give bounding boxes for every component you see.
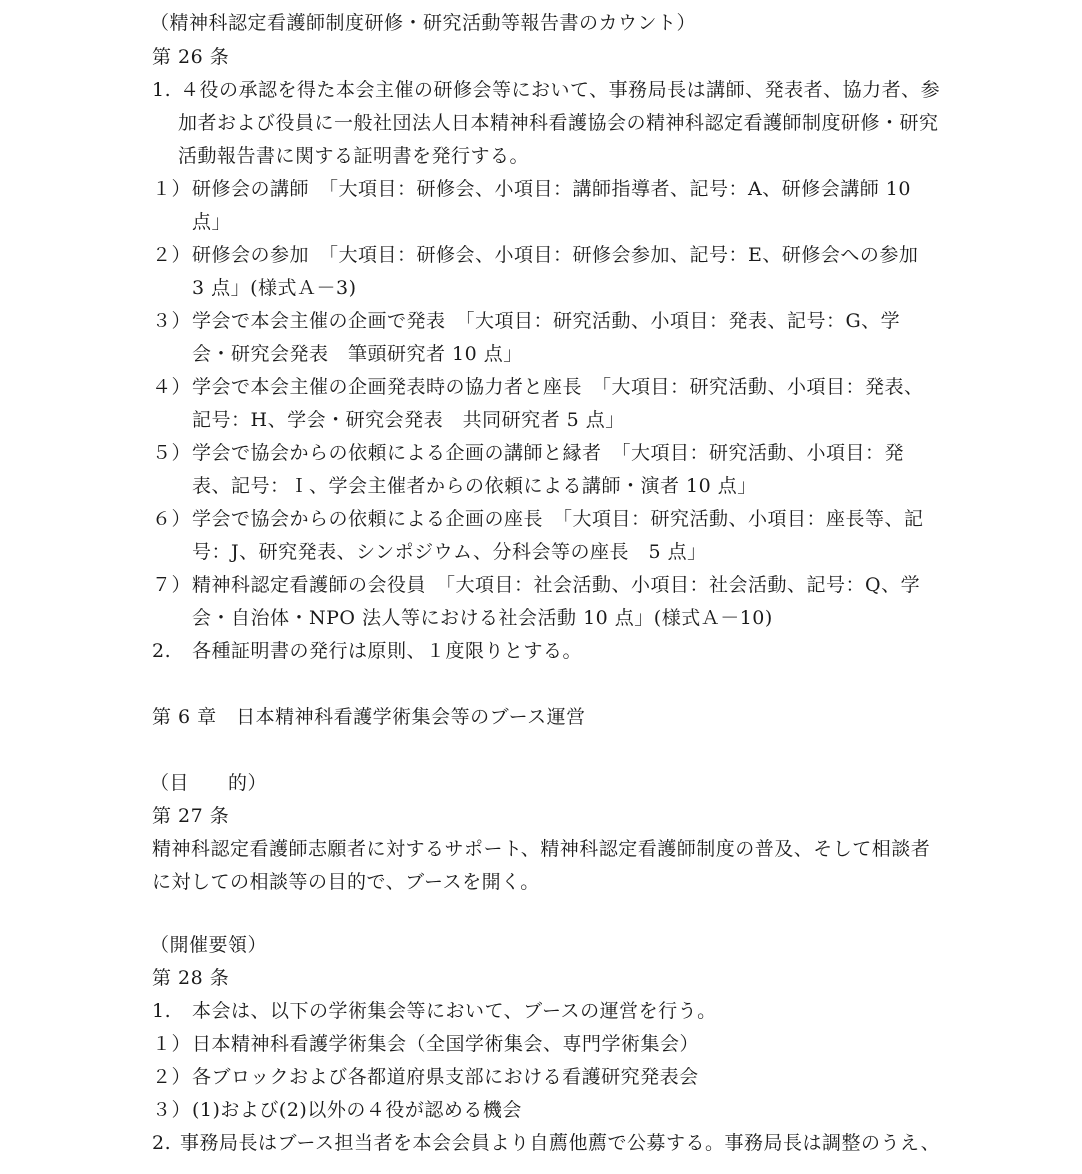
article-26-item-1-cont: 活動報告書に関する証明書を発行する。 (178, 140, 529, 173)
subitem-text: 日本精神科看護学術集会（全国学術集会、専門学術集会） (192, 1033, 699, 1055)
article-28-subitem-1: １）日本精神科看護学術集会（全国学術集会、専門学術集会） (152, 1028, 699, 1061)
article-27-title: 第 27 条 (152, 800, 229, 833)
subitem-number: ６） (152, 503, 192, 536)
subitem-text: 精神科認定看護師の会役員 「大項目：社会活動、小項目：社会活動、記号：Q、学 (192, 574, 920, 596)
chapter-6-title: 第 6 章 日本精神科看護学術集会等のブース運営 (152, 701, 586, 734)
article-26-subitem-4: ４）学会で本会主催の企画発表時の協力者と座長 「大項目：研究活動、小項目：発表、 (152, 371, 924, 404)
subitem-number: ３） (152, 1094, 192, 1127)
article-28-subitem-2: ２）各ブロックおよび各都道府県支部における看護研究発表会 (152, 1061, 699, 1094)
subitem-number: １） (152, 1028, 192, 1061)
article-26-title: 第 26 条 (152, 41, 229, 74)
article-26-subitem-2: ２）研修会の参加 「大項目：研修会、小項目：研修会参加、記号：E、研修会への参加 (152, 239, 918, 272)
article-28-title: 第 28 条 (152, 962, 229, 995)
subitem-text: 学会で協会からの依頼による企画の座長 「大項目：研究活動、小項目：座長等、記 (192, 508, 924, 530)
item-text: 本会は、以下の学術集会等において、ブースの運営を行う。 (192, 1000, 717, 1022)
subitem-number: ２） (152, 239, 192, 272)
subitem-text: (1)および(2)以外の４役が認める機会 (192, 1099, 522, 1121)
article-26-subitem-7-cont: 会・自治体・NPO 法人等における社会活動 10 点」(様式Ａ－10) (192, 602, 773, 635)
article-26-item-2: 2.各種証明書の発行は原則、１度限りとする。 (152, 635, 582, 668)
article-26-subitem-1: １）研修会の講師 「大項目：研修会、小項目：講師指導者、記号：A、研修会講師 1… (152, 173, 911, 206)
item-text: 事務局長はブース担当者を本会会員より自薦他薦で公募する。事務局長は調整のうえ、 (180, 1132, 940, 1154)
article-27-text: 精神科認定看護師志願者に対するサポート、精神科認定看護師制度の普及、そして相談者 (152, 833, 930, 866)
subitem-text: 研修会の参加 「大項目：研修会、小項目：研修会参加、記号：E、研修会への参加 (192, 244, 918, 266)
item-number: 2. (152, 635, 192, 668)
subitem-text: 各ブロックおよび各都道府県支部における看護研究発表会 (192, 1066, 699, 1088)
section-heading-purpose: （目 的） (150, 767, 267, 800)
item-number: 2. (152, 1127, 180, 1160)
subitem-number: ５） (152, 437, 192, 470)
item-text: 各種証明書の発行は原則、１度限りとする。 (192, 640, 582, 662)
article-26-subitem-4-cont: 記号：H、学会・研究会発表 共同研究者 5 点」 (192, 404, 625, 437)
item-text: ４役の承認を得た本会主催の研修会等において、事務局長は講師、発表者、協力者、参 (180, 79, 940, 101)
subitem-text: 学会で協会からの依頼による企画の講師と縁者 「大項目：研究活動、小項目：発 (192, 442, 904, 464)
subitem-number: ２） (152, 1061, 192, 1094)
item-number: 1. (152, 995, 192, 1028)
subitem-number: ４） (152, 371, 192, 404)
section-heading-organize: （開催要領） (150, 929, 267, 962)
article-26-subitem-3: ３）学会で本会主催の企画で発表 「大項目：研究活動、小項目：発表、記号：G、学 (152, 305, 900, 338)
article-28-item-1: 1.本会は、以下の学術集会等において、ブースの運営を行う。 (152, 995, 717, 1028)
subitem-text: 学会で本会主催の企画発表時の協力者と座長 「大項目：研究活動、小項目：発表、 (192, 376, 924, 398)
article-26-subitem-1-cont: 点」 (192, 206, 231, 239)
article-26-subitem-3-cont: 会・研究会発表 筆頭研究者 10 点」 (192, 338, 523, 371)
article-26-subitem-2-cont: 3 点」(様式Ａ－3) (192, 272, 357, 305)
section-heading-counting: （精神科認定看護師制度研修・研究活動等報告書のカウント） (150, 7, 696, 40)
subitem-text: 研修会の講師 「大項目：研修会、小項目：講師指導者、記号：A、研修会講師 10 (192, 178, 911, 200)
document-page: （精神科認定看護師制度研修・研究活動等報告書のカウント） 第 26 条 1.４役… (0, 0, 1082, 1174)
article-26-item-1: 1.４役の承認を得た本会主催の研修会等において、事務局長は講師、発表者、協力者、… (152, 74, 940, 107)
article-26-subitem-5-cont: 表、記号：Ｉ、学会主催者からの依頼による講師・演者 10 点」 (192, 470, 757, 503)
article-26-subitem-7: ７）精神科認定看護師の会役員 「大項目：社会活動、小項目：社会活動、記号：Q、学 (152, 569, 920, 602)
article-27-text-cont: に対しての相談等の目的で、ブースを開く。 (152, 866, 540, 899)
article-26-item-1-cont: 加者および役員に一般社団法人日本精神科看護協会の精神科認定看護師制度研修・研究 (178, 107, 939, 140)
article-26-subitem-6-cont: 号：J、研究発表、シンポジウム、分科会等の座長 5 点」 (192, 536, 707, 569)
article-28-subitem-3: ３）(1)および(2)以外の４役が認める機会 (152, 1094, 522, 1127)
article-28-item-2: 2.事務局長はブース担当者を本会会員より自薦他薦で公募する。事務局長は調整のうえ… (152, 1127, 940, 1160)
article-26-subitem-5: ５）学会で協会からの依頼による企画の講師と縁者 「大項目：研究活動、小項目：発 (152, 437, 904, 470)
subitem-number: １） (152, 173, 192, 206)
item-number: 1. (152, 74, 180, 107)
subitem-text: 学会で本会主催の企画で発表 「大項目：研究活動、小項目：発表、記号：G、学 (192, 310, 900, 332)
subitem-number: ７） (152, 569, 192, 602)
subitem-number: ３） (152, 305, 192, 338)
article-26-subitem-6: ６）学会で協会からの依頼による企画の座長 「大項目：研究活動、小項目：座長等、記 (152, 503, 924, 536)
